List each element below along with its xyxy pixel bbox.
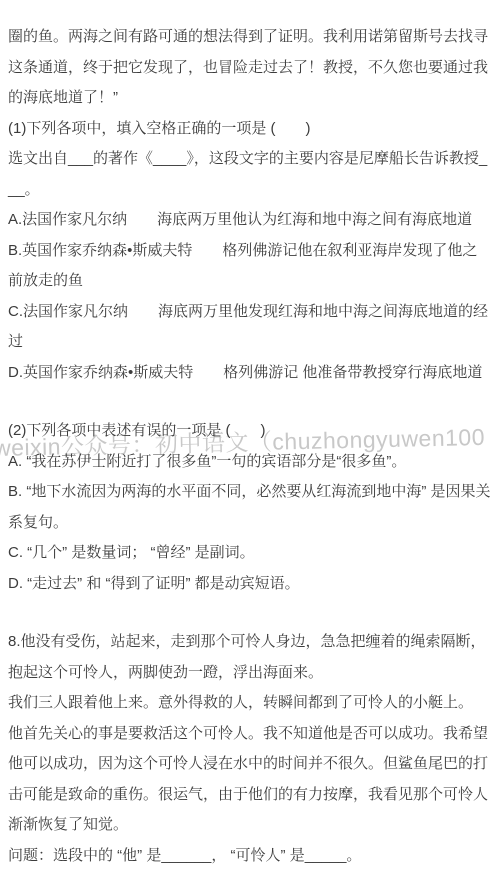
question-1-stem: (1)下列各项中，填入空格正确的一项是 ( )	[8, 114, 492, 145]
q1-option-b: B.英国作家乔纳森•斯威夫特 格列佛游记他在叙利亚海岸发现了他之前放走的鱼	[8, 236, 492, 297]
q2-option-a: A. “我在苏伊士附近打了很多鱼”一句的宾语部分是“很多鱼”。	[8, 447, 492, 478]
q1-option-d: D.英国作家乔纳森•斯威夫特 格列佛游记 他准备带教授穿行海底地道	[8, 358, 492, 389]
q1-option-a: A.法国作家凡尔纳 海底两万里他认为红海和地中海之间有海底地道	[8, 205, 492, 236]
document-body: 圈的鱼。两海之间有路可通的想法得到了证明。我利用诺第留斯号去找寻这条通道，终于把…	[0, 0, 500, 871]
question-1-fill-line: 选文出自___的著作《____》，这段文字的主要内容是尼摩船长告诉教授___。	[8, 144, 492, 205]
question-8-passage-line-3: 他首先关心的事是要救活这个可怜人。我不知道他是否可以成功。我希望他可以成功，因为…	[8, 719, 492, 841]
question-8-fill-line: 问题：选段中的 “他” 是______， “可怜人” 是_____。	[8, 841, 492, 872]
question-8-passage-line-1: 8.他没有受伤，站起来，走到那个可怜人身边，急急把缠着的绳索隔断，抱起这个可怜人…	[8, 627, 492, 688]
page-root: weixin公众号：初中语文（chuzhongyuwen100 圈的鱼。两海之间…	[0, 0, 500, 892]
question-8-passage-line-2: 我们三人跟着他上来。意外得救的人，转瞬间都到了可怜人的小艇上。	[8, 688, 492, 719]
q2-option-b: B. “地下水流因为两海的水平面不同，必然要从红海流到地中海” 是因果关系复句。	[8, 477, 492, 538]
q2-option-c: C. “几个” 是数量词； “曾经” 是副词。	[8, 538, 492, 569]
passage-continuation: 圈的鱼。两海之间有路可通的想法得到了证明。我利用诺第留斯号去找寻这条通道，终于把…	[8, 22, 492, 114]
q1-option-c: C.法国作家凡尔纳 海底两万里他发现红海和地中海之间海底地道的经过	[8, 297, 492, 358]
question-2-stem: (2)下列各项中表述有误的一项是 ( )	[8, 416, 492, 447]
section-gap-1	[8, 388, 492, 416]
q2-option-d: D. “走过去” 和 “得到了证明” 都是动宾短语。	[8, 569, 492, 600]
section-gap-2	[8, 599, 492, 627]
